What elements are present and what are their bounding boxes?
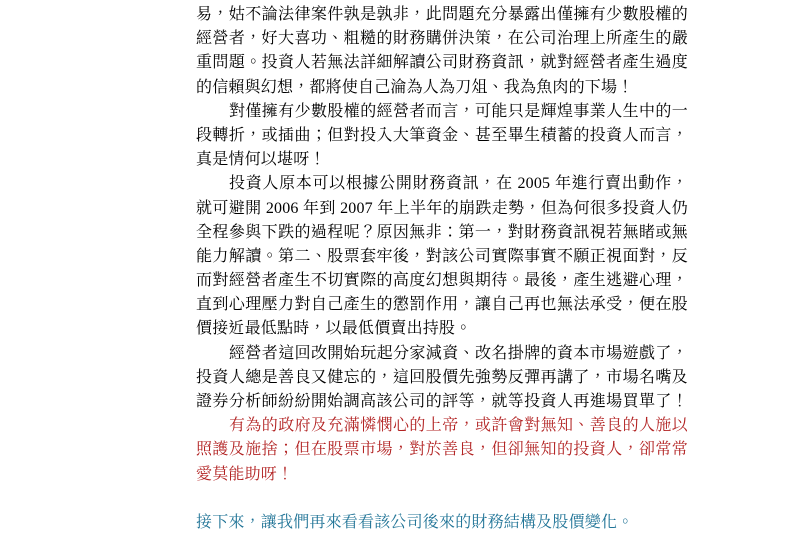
emphasis-line-19: 照護及施捨；但在股票市場，對於善良，但卻無知的投資人，卻常常 <box>196 438 688 462</box>
paragraph-warning-red: 有為的政府及充滿憐憫心的上帝，或許會對無知、善良的人施以 照護及施捨；但在股票市… <box>196 414 688 487</box>
text-line-13: 直到心理壓力對自己產生的懲罰作用，讓自己再也無法承受，便在股 <box>196 293 688 317</box>
text-line-11: 能力解讀。第二、股票套牢後，對該公司實際事實不願正視面對，反 <box>196 245 688 269</box>
paragraph-market-game: 經營者這回改開始玩起分家減資、改名掛牌的資本市場遊戲了， 投資人總是善良又健忘的… <box>196 342 688 415</box>
text-line-14: 價接近最低點時，以最低價賣出持股。 <box>196 317 688 341</box>
paragraph-governance-problem: 易，姑不論法律案件孰是孰非，此問題充分暴露出僅擁有少數股權的 經營者，好大喜功、… <box>196 3 688 100</box>
text-line-3: 重問題。投資人若無法詳細解讀公司財務資訊，就對經營者產生過度 <box>196 51 688 75</box>
text-line-1: 易，姑不論法律案件孰是孰非，此問題充分暴露出僅擁有少數股權的 <box>196 3 688 27</box>
emphasis-line-18: 有為的政府及充滿憐憫心的上帝，或許會對無知、善良的人施以 <box>196 414 688 438</box>
text-line-8: 投資人原本可以根據公開財務資訊，在 2005 年進行賣出動作， <box>196 172 688 196</box>
text-line-9: 就可避開 2006 年到 2007 年上半年的崩跌走勢，但為何很多投資人仍 <box>196 197 688 221</box>
text-line-16: 投資人總是善良又健忘的，這回股價先強勢反彈再講了，市場名嘴及 <box>196 366 688 390</box>
text-line-4: 的信賴與幻想，都將使自己淪為人為刀俎、我為魚肉的下場！ <box>196 76 688 100</box>
closing-transition-line: 接下來，讓我們再來看看該公司後來的財務結構及股價變化。 <box>196 511 688 535</box>
text-line-5: 對僅擁有少數股權的經營者而言，可能只是輝煌事業人生中的一 <box>196 100 688 124</box>
paragraph-sell-timing: 投資人原本可以根據公開財務資訊，在 2005 年進行賣出動作， 就可避開 200… <box>196 172 688 341</box>
text-line-15: 經營者這回改開始玩起分家減資、改名掛牌的資本市場遊戲了， <box>196 342 688 366</box>
paragraph-investor-loss: 對僅擁有少數股權的經營者而言，可能只是輝煌事業人生中的一 段轉折，或插曲；但對投… <box>196 100 688 173</box>
text-line-10: 全程參與下跌的過程呢？原因無非：第一，對財務資訊視若無睹或無 <box>196 221 688 245</box>
text-line-17: 證券分析師紛紛開始調高該公司的評等，就等投資人再進場買單了！ <box>196 390 688 414</box>
text-line-6: 段轉折，或插曲；但對投入大筆資金、甚至畢生積蓄的投資人而言， <box>196 124 688 148</box>
blank-line-spacer <box>196 487 688 511</box>
emphasis-line-20: 愛莫能助呀！ <box>196 463 688 487</box>
text-line-7: 真是情何以堪呀！ <box>196 148 688 172</box>
text-line-12: 而對經營者產生不切實際的高度幻想與期待。最後，產生逃避心理， <box>196 269 688 293</box>
document-text-column: 易，姑不論法律案件孰是孰非，此問題充分暴露出僅擁有少數股權的 經營者，好大喜功、… <box>196 3 688 535</box>
text-line-2: 經營者，好大喜功、粗糙的財務購併決策，在公司治理上所產生的嚴 <box>196 27 688 51</box>
